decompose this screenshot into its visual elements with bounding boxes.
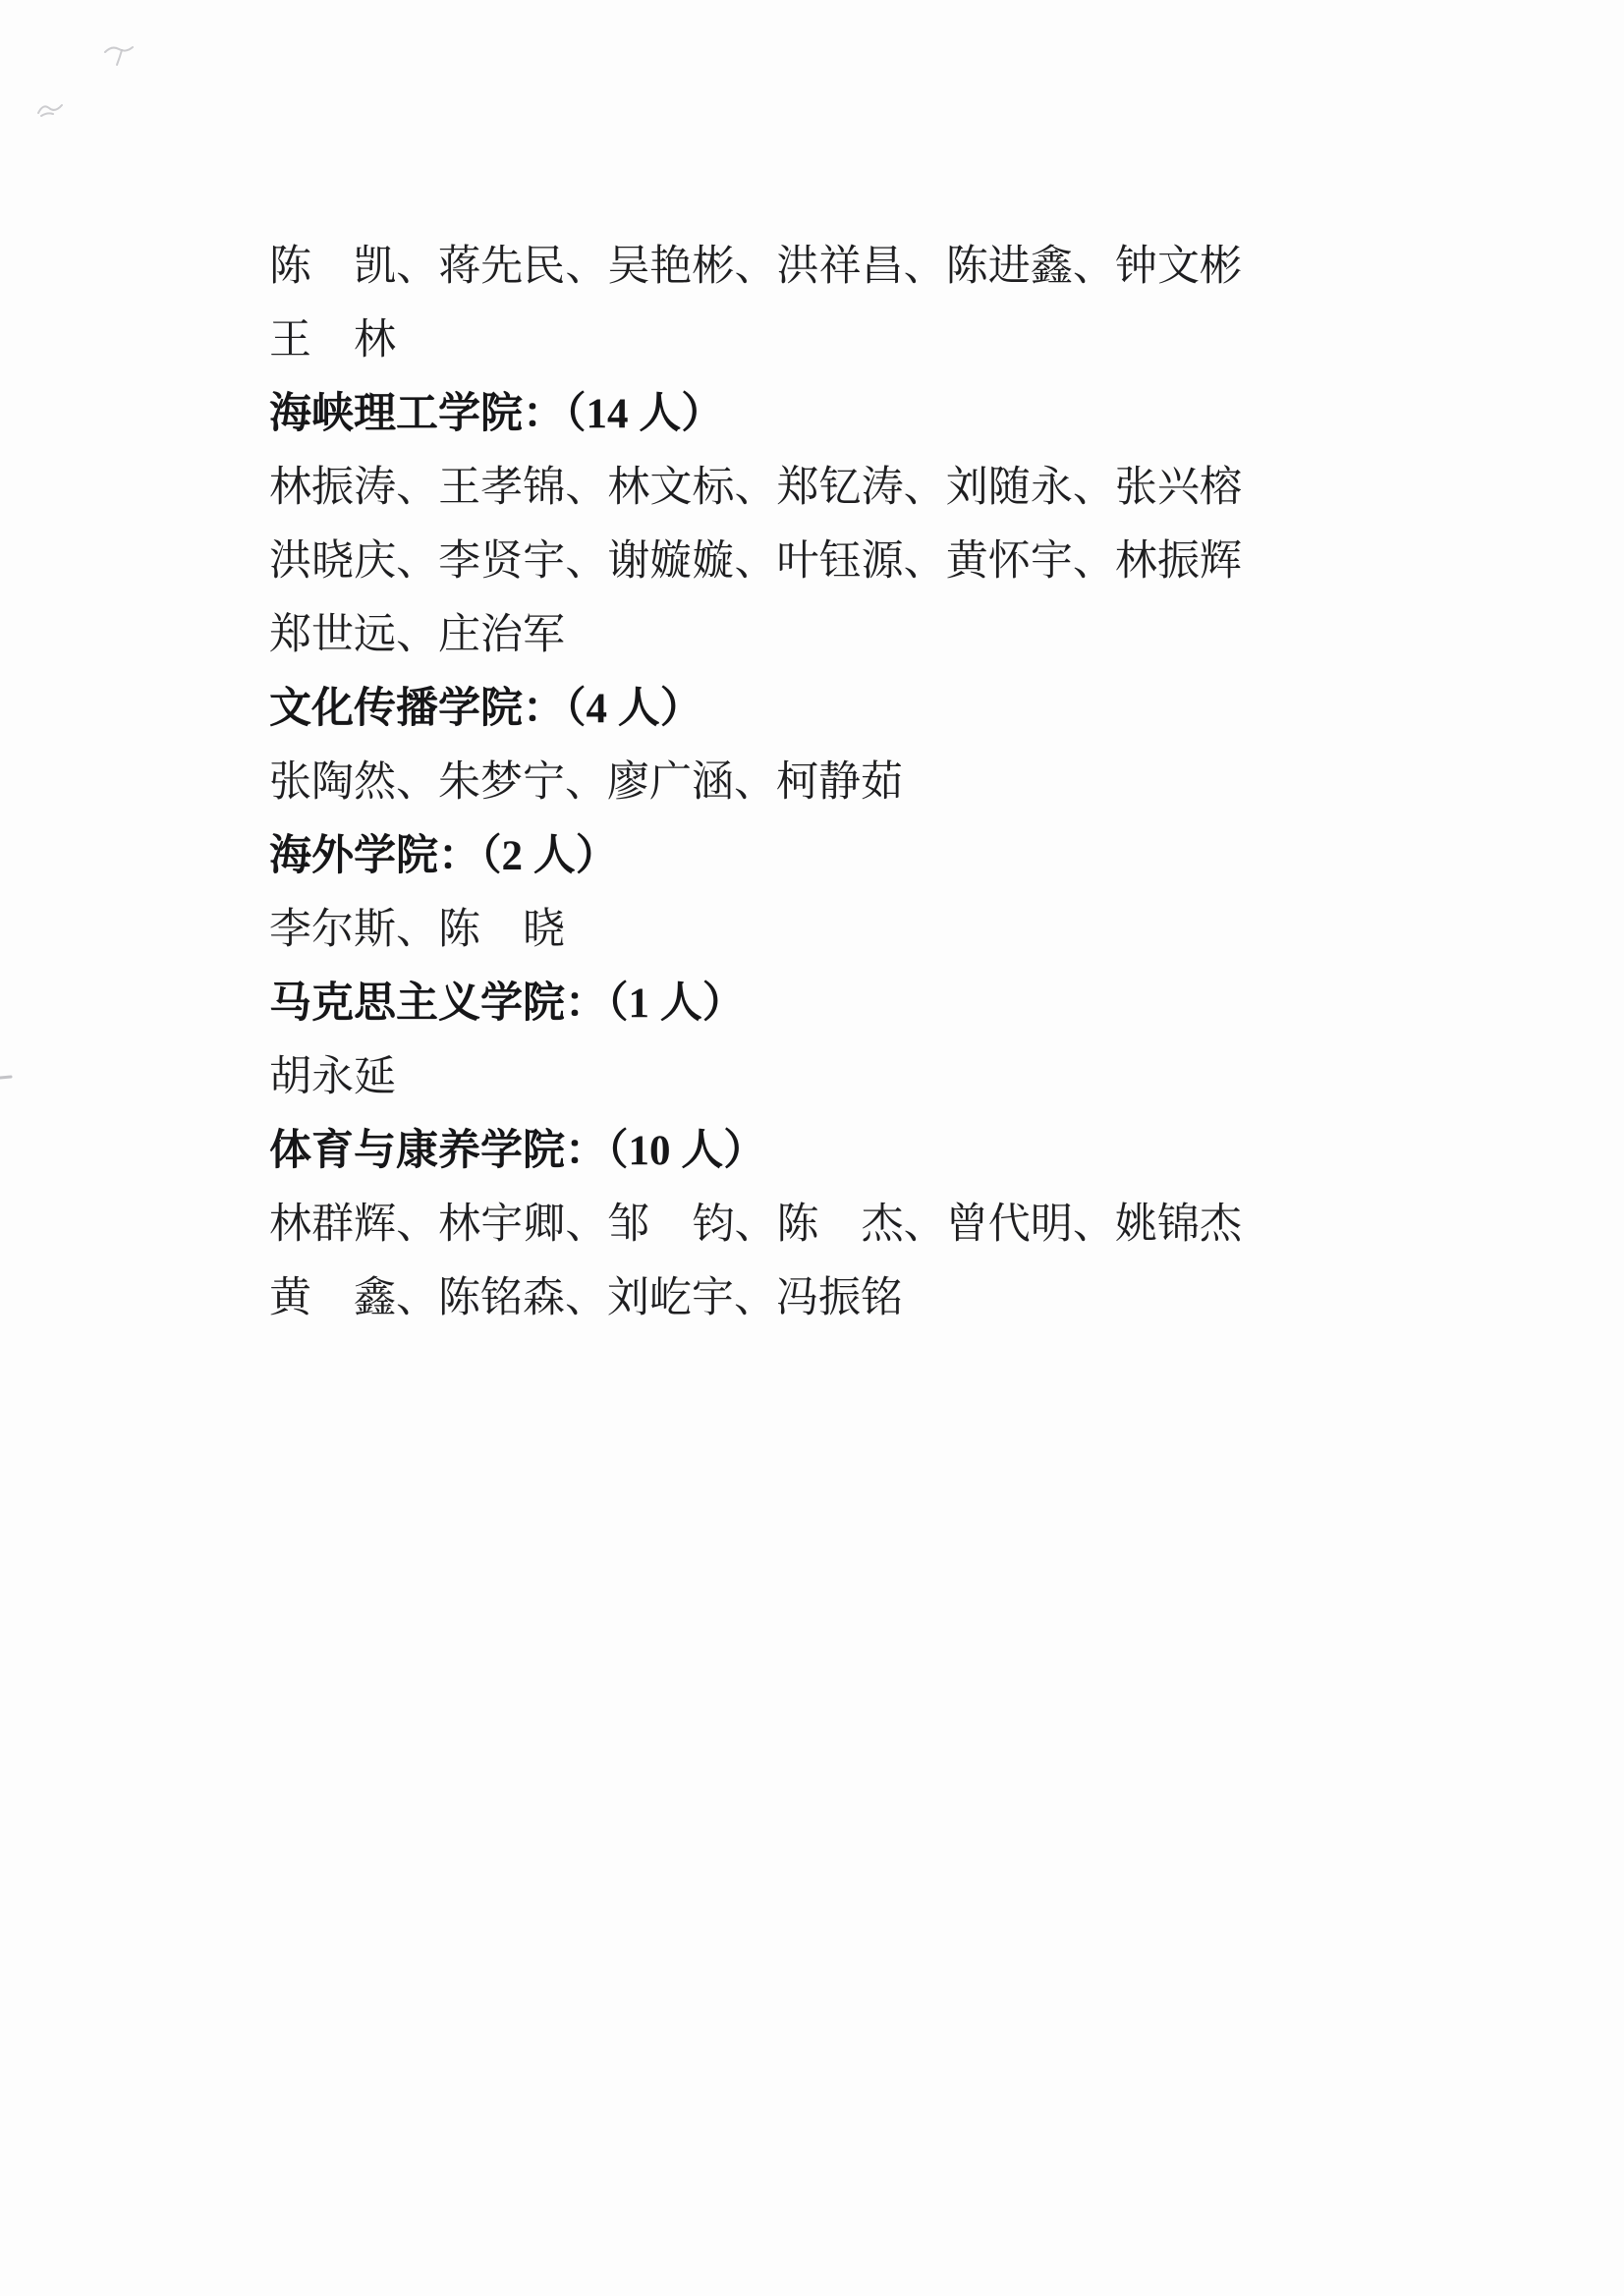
college-header-line: 马克思主义学院：（1 人） <box>269 967 1242 1040</box>
pencil-smudge-icon <box>35 96 69 122</box>
names-line: 胡永延 <box>269 1040 1242 1114</box>
names-line: 黄 鑫、陈铭森、刘屹宇、冯振铭 <box>269 1261 1242 1335</box>
college-header-line: 海外学院：（2 人） <box>269 819 1242 893</box>
names-line: 陈 凯、蒋先民、吴艳彬、洪祥昌、陈进鑫、钟文彬 <box>269 230 1242 304</box>
pencil-smudge-icon <box>102 41 136 71</box>
college-header-line: 体育与康养学院：（10 人） <box>269 1114 1242 1188</box>
college-header-line: 海峡理工学院：（14 人） <box>269 377 1242 451</box>
names-line: 李尔斯、陈 晓 <box>269 893 1242 967</box>
edge-dash-icon <box>0 1073 14 1083</box>
scanned-document-page: 陈 凯、蒋先民、吴艳彬、洪祥昌、陈进鑫、钟文彬王 林海峡理工学院：（14 人）林… <box>0 0 1624 2296</box>
college-header-line: 文化传播学院：（4 人） <box>269 672 1242 746</box>
names-line: 郑世远、庄治军 <box>269 598 1242 672</box>
names-line: 张陶然、朱梦宁、廖广涵、柯静茹 <box>269 746 1242 819</box>
text-block: 陈 凯、蒋先民、吴艳彬、洪祥昌、陈进鑫、钟文彬王 林海峡理工学院：（14 人）林… <box>269 230 1242 1335</box>
names-line: 林群辉、林宇卿、邹 钧、陈 杰、曾代明、姚锦杰 <box>269 1188 1242 1261</box>
names-line: 洪晓庆、李贤宇、谢嫙嫙、叶钰源、黄怀宇、林振辉 <box>269 525 1242 598</box>
names-line: 林振涛、王孝锦、林文标、郑钇涛、刘随永、张兴榕 <box>269 451 1242 525</box>
names-line: 王 林 <box>269 304 1242 377</box>
